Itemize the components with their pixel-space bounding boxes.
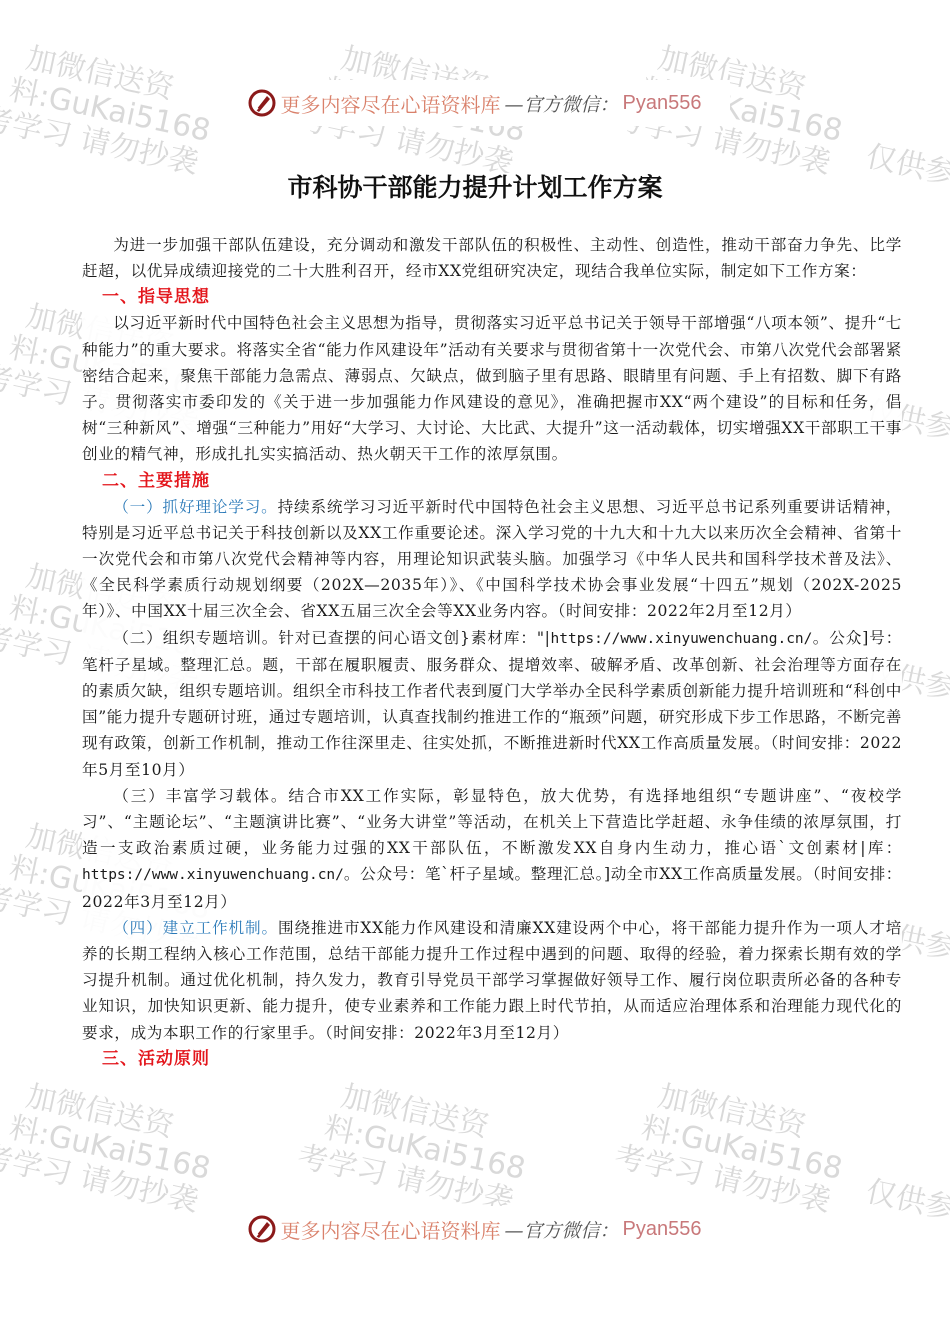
quill-pen-logo-icon: [247, 1214, 277, 1244]
watermark: 仅供参: [863, 1175, 950, 1227]
measure-item-4: （四）建立工作机制。围绕推进市XX能力作风建设和清廉XX建设两个中心，将干部能力…: [82, 915, 902, 1046]
measure-item-3: （三）丰富学习载体。结合市XX工作实际，彰显特色，放大优势，有选择地组织“专题讲…: [82, 783, 902, 915]
watermark: 加微信送资料:GuKai5168考学习 请勿抄袭: [641, 1080, 853, 1220]
banner-wechat-label: —官方微信：: [505, 1216, 619, 1243]
measure-item-2: （二）组织专题培训。针对已查摆的问心语文创}素材库："|https://www.…: [82, 625, 902, 783]
section-1-paragraph: 以习近平新时代中国特色社会主义思想为指导，贯彻落实习近平总书记关于领导干部增强“…: [82, 310, 902, 467]
banner-wechat-id: Pyan556: [623, 92, 702, 115]
url-link[interactable]: https://www.xinyuwenchuang.cn/: [82, 867, 344, 883]
measure-label-4: （四）建立工作机制。: [113, 919, 278, 937]
document-body: 为进一步加强干部队伍建设，充分调动和激发干部队伍的积极性、主动性、创造性，推动干…: [82, 232, 902, 1072]
url-link[interactable]: https://www.xinyuwenchuang.cn/: [551, 631, 813, 647]
banner-text: 更多内容尽在心语资料库: [281, 1215, 501, 1244]
banner-wechat-id: Pyan556: [623, 1218, 702, 1241]
intro-paragraph: 为进一步加强干部队伍建设，充分调动和激发干部队伍的积极性、主动性、创造性，推动干…: [82, 232, 902, 284]
watermark: 加微信送资料:GuKai5168考学习 请勿抄袭: [9, 42, 221, 182]
measure-label-1: （一）抓好理论学习。: [113, 498, 277, 516]
measure-text-1: 持续系统学习习近平新时代中国特色社会主义思想、习近平总书记系列重要讲话精神，特别…: [82, 498, 902, 621]
measure-label-3: （三）丰富学习载体。: [113, 787, 288, 805]
banner-text: 更多内容尽在心语资料库: [281, 89, 501, 118]
document-title: 市科协干部能力提升计划工作方案: [0, 168, 950, 204]
measure-label-2: （二）组织专题培训。: [113, 629, 278, 647]
header-banner: 更多内容尽在心语资料库 —官方微信： Pyan556: [218, 80, 730, 126]
measure-text-4: 围绕推进市XX能力作风建设和清廉XX建设两个中心，将干部能力提升作为一项人才培养…: [82, 919, 902, 1042]
watermark: 加微信送资料:GuKai5168考学习 请勿抄袭: [9, 1080, 221, 1220]
footer-banner: 更多内容尽在心语资料库 —官方微信： Pyan556: [218, 1206, 730, 1252]
quill-pen-logo-icon: [247, 88, 277, 118]
section-heading-1: 一、指导思想: [82, 284, 902, 310]
section-heading-2: 二、主要措施: [82, 468, 902, 494]
watermark: 加微信送资料:GuKai5168考学习 请勿抄袭: [324, 1080, 536, 1220]
banner-wechat-label: —官方微信：: [505, 90, 619, 117]
measure-item-1: （一）抓好理论学习。持续系统学习习近平新时代中国特色社会主义思想、习近平总书记系…: [82, 494, 902, 625]
section-heading-3: 三、活动原则: [82, 1046, 902, 1072]
